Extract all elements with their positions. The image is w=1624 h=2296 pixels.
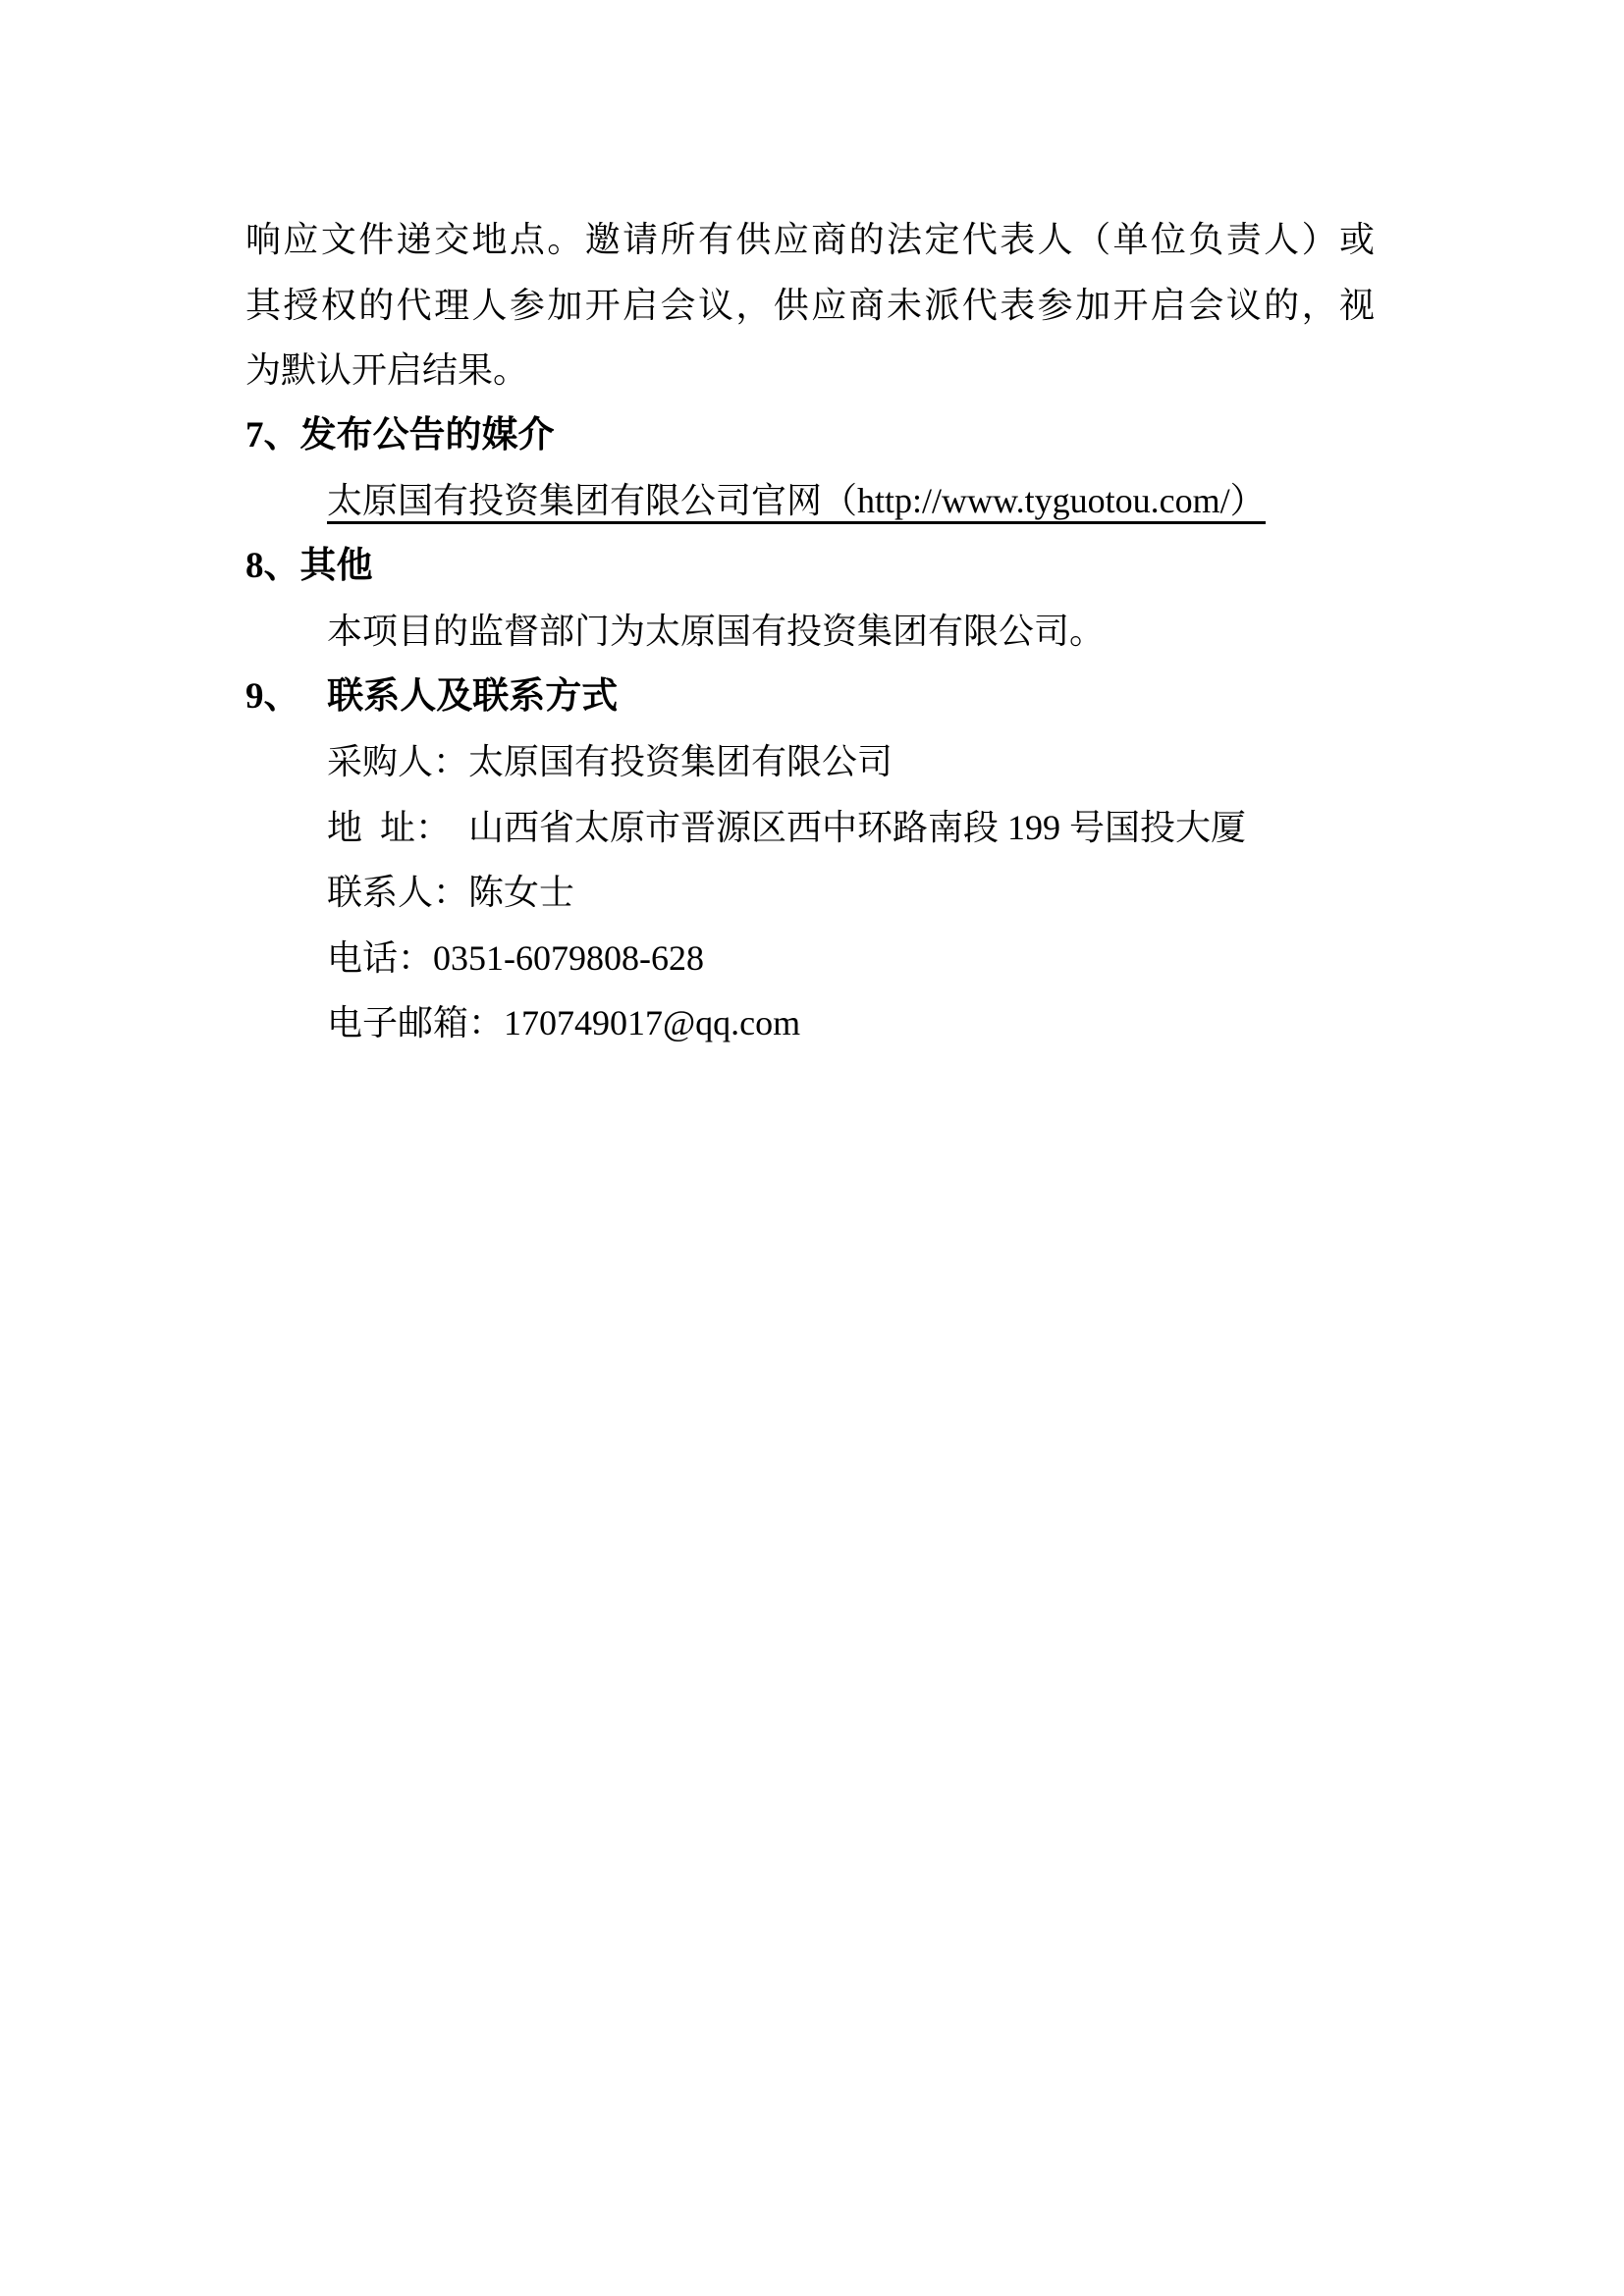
contact-address: 地 址： 山西省太原市晋源区西中环路南段 199 号国投大厦 (245, 795, 1375, 861)
intro-paragraph-line-3: 为默认开启结果。 (245, 338, 1375, 403)
contact-phone: 电话：0351-6079808-628 (245, 926, 1375, 991)
section-8-heading: 8、其他 (245, 534, 1375, 600)
contact-purchaser: 采购人：太原国有投资集团有限公司 (245, 729, 1375, 795)
section-7-heading: 7、发布公告的媒介 (245, 403, 1375, 469)
official-website-link[interactable]: 太原国有投资集团有限公司官网（http://www.tyguotou.com/） (327, 481, 1266, 524)
intro-paragraph-line-2: 其授权的代理人参加开启会议，供应商未派代表参加开启会议的，视 (245, 273, 1375, 339)
section-8-body: 本项目的监督部门为太原国有投资集团有限公司。 (245, 599, 1375, 665)
intro-paragraph-line-1: 响应文件递交地点。邀请所有供应商的法定代表人（单位负责人）或 (245, 207, 1375, 273)
contact-email: 电子邮箱：170749017@qq.com (245, 990, 1375, 1056)
official-website-link-line: 太原国有投资集团有限公司官网（http://www.tyguotou.com/） (245, 468, 1375, 534)
document-content: 响应文件递交地点。邀请所有供应商的法定代表人（单位负责人）或 其授权的代理人参加… (245, 207, 1375, 1056)
section-9-heading: 9、 联系人及联系方式 (245, 665, 1375, 730)
contact-person: 联系人：陈女士 (245, 860, 1375, 926)
document-page: 响应文件递交地点。邀请所有供应商的法定代表人（单位负责人）或 其授权的代理人参加… (0, 0, 1624, 2296)
